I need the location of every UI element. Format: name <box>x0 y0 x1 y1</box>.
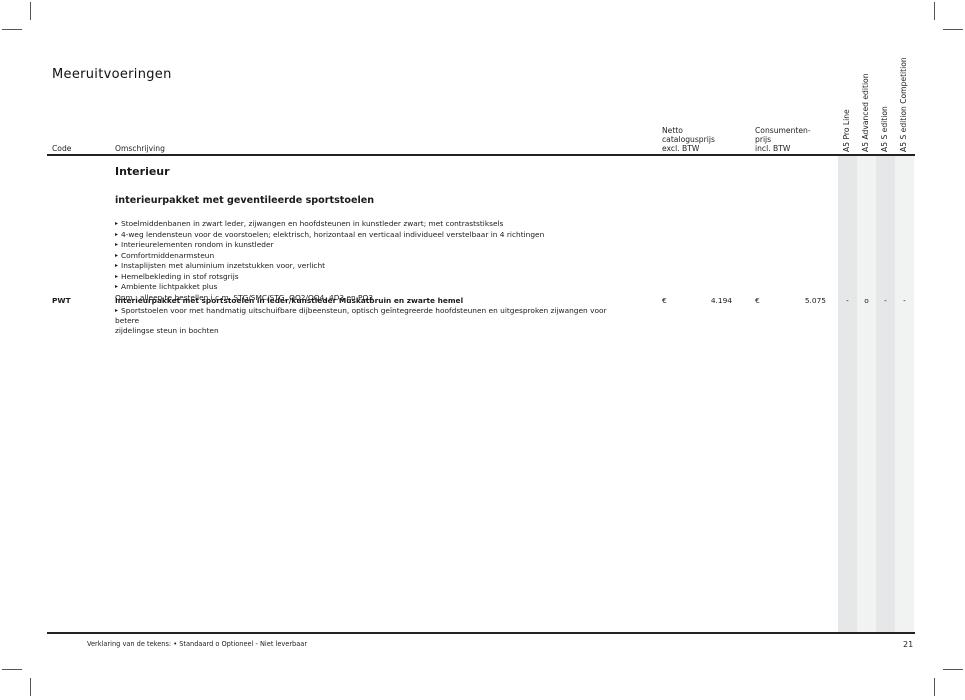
option-name: Interieurpakket met sportstoelen in lede… <box>115 296 625 306</box>
trim-column-shade <box>895 156 914 632</box>
page-number: 21 <box>903 640 913 649</box>
feature-item: Comfortmiddenarmsteun <box>115 251 544 262</box>
trim-column-shade <box>838 156 857 632</box>
crop-mark <box>30 2 31 20</box>
crop-mark <box>943 29 963 30</box>
legend: Verklaring van de tekens: • Standaard o … <box>87 640 307 648</box>
column-header-code: Code <box>52 144 71 153</box>
option-detail-cont: zijdelingse steun in bochten <box>115 326 625 336</box>
column-header-trim-s-competition: A5 S edition Competition <box>899 57 908 152</box>
package-title: interieurpakket met geventileerde sports… <box>115 195 374 206</box>
option-detail: Sportstoelen voor met handmatig uitschui… <box>115 306 625 326</box>
net-price: 4.194 <box>672 296 732 306</box>
feature-item: 4-weg lendensteun voor de voorstoelen; e… <box>115 230 544 241</box>
column-header-trim-s-edition: A5 S edition <box>880 106 889 152</box>
feature-item: Hemelbekleding in stof rotsgrijs <box>115 272 544 283</box>
feature-list: Stoelmiddenbanen in zwart leder, zijwang… <box>115 219 544 302</box>
consumer-currency: € <box>755 296 760 306</box>
crop-mark <box>2 669 22 670</box>
column-header-consumer-price: Consumenten- prijs incl. BTW <box>755 126 835 153</box>
trim-column-shade <box>857 156 876 632</box>
footer-rule <box>47 632 915 634</box>
feature-item: Instaplijsten met aluminium inzetstukken… <box>115 261 544 272</box>
column-header-description: Omschrijving <box>115 144 165 153</box>
availability-s-competition: - <box>895 296 914 306</box>
option-description: Interieurpakket met sportstoelen in lede… <box>115 296 625 335</box>
consumer-price: 5.075 <box>766 296 826 306</box>
header-line: Consumenten- <box>755 126 835 135</box>
page-title: Meeruitvoeringen <box>52 67 172 82</box>
header-line: incl. BTW <box>755 144 835 153</box>
feature-item: Ambiente lichtpakket plus <box>115 282 544 293</box>
column-header-trim-advanced: A5 Advanced edition <box>861 73 870 152</box>
crop-mark <box>943 669 963 670</box>
availability-advanced: o <box>857 296 876 306</box>
crop-mark <box>30 678 31 696</box>
column-header-net-price: Netto catalogusprijs excl. BTW <box>662 126 742 153</box>
crop-mark <box>2 29 22 30</box>
column-header-trim-pro-line: A5 Pro Line <box>842 109 851 152</box>
net-currency: € <box>662 296 667 306</box>
feature-item: Interieurelementen rondom in kunstleder <box>115 240 544 251</box>
trim-column-shade <box>876 156 895 632</box>
feature-item: Stoelmiddenbanen in zwart leder, zijwang… <box>115 219 544 230</box>
header-line: Netto <box>662 126 742 135</box>
header-rule <box>47 154 915 156</box>
header-line: excl. BTW <box>662 144 742 153</box>
availability-pro-line: - <box>838 296 857 306</box>
option-code: PWT <box>52 296 71 306</box>
crop-mark <box>934 2 935 20</box>
crop-mark <box>934 678 935 696</box>
availability-s-edition: - <box>876 296 895 306</box>
header-line: prijs <box>755 135 835 144</box>
section-title: Interieur <box>115 165 170 178</box>
header-line: catalogusprijs <box>662 135 742 144</box>
